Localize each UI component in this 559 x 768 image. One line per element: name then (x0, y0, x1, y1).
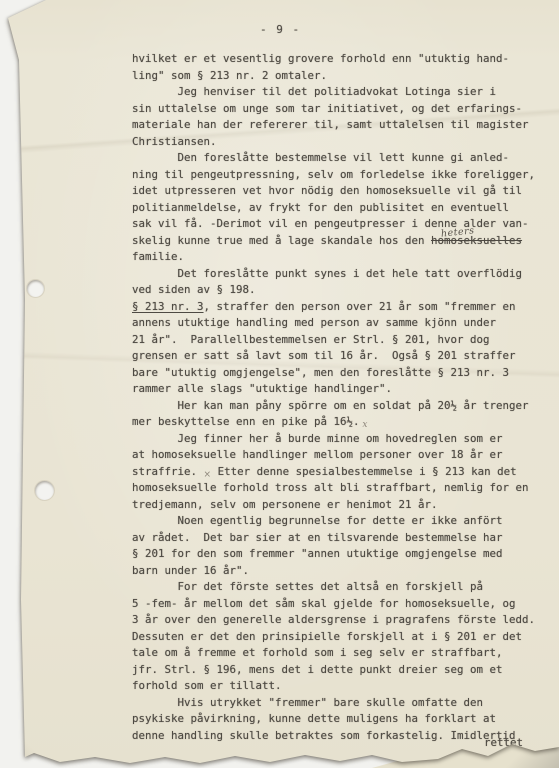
typed-line: Noen egentlig begrunnelse for dette er i… (132, 513, 548, 530)
typed-text: For det förste settes det altså en forsk… (132, 580, 483, 593)
typed-text: barn under 16 år". (132, 564, 249, 577)
paper-sheet: - 9 - hvilket er et vesentlig grovere fo… (0, 0, 559, 768)
struck-word: homoseksuellesheters (431, 234, 522, 247)
typed-line: 5 -fem- år mellom det såm skal gjelde fo… (132, 596, 548, 613)
typed-text: , straffer den person over 21 år som "fr… (204, 300, 516, 313)
typed-text: at homoseksuelle handlinger mellom perso… (132, 448, 503, 461)
typed-text: straffrie. (132, 465, 204, 478)
typed-line: § 213 nr. 3, straffer den person over 21… (132, 299, 548, 316)
typed-line: Christiansen. (132, 134, 548, 151)
typed-line: sin uttalelse om unge som tar initiative… (132, 101, 548, 118)
typed-line: sak vil få. -Derimot vil en pengeutpress… (132, 216, 548, 233)
typed-text: psykiske påvirkning, kunne dette muligen… (132, 712, 496, 725)
typed-text: tredjemann, selv om personene er henimot… (132, 498, 438, 511)
typed-text: § 201 for den som fremmer "annen utuktig… (132, 547, 503, 560)
typed-text: forhold som er tillatt. (132, 679, 282, 692)
typed-line: straffrie. × Etter denne spesialbestemme… (132, 464, 548, 481)
typed-line: Her kan man påny spörre om en soldat på … (132, 398, 548, 415)
typed-text: bare "utuktig omgjengelse", men den fore… (132, 366, 509, 379)
typed-line: jfr. Strl. § 196, mens det i dette punkt… (132, 662, 548, 679)
typed-text: av rådet. Det bar sier at en tilsvarende… (132, 531, 503, 544)
typed-line: homoseksuelle forhold tross alt bli stra… (132, 480, 548, 497)
typed-text: materiale han der refererer til, samt ut… (132, 118, 529, 131)
typed-text: Etter denne spesialbestemmelse i § 213 k… (211, 465, 517, 478)
underlined-statute-ref: § 213 nr. 3 (132, 300, 204, 313)
typed-line: ling" som § 213 nr. 2 omtaler. (132, 68, 548, 85)
typed-line: hvilket er et vesentlig grovere forhold … (132, 51, 548, 68)
typed-line: ning til pengeutpressning, selv om forle… (132, 167, 548, 184)
typed-text: mer beskyttelse enn en pike på 16½. (132, 415, 360, 428)
typed-line: For det förste settes det altså en forsk… (132, 579, 548, 596)
typed-text: tale om å fremme et forhold som i seg se… (132, 646, 503, 659)
typed-line: annens utuktige handling med person av s… (132, 315, 548, 332)
typed-text: grensen er satt så lavt som til 16 år. O… (132, 349, 516, 362)
typed-text: Noen egentlig begrunnelse for dette er i… (132, 514, 503, 527)
typed-line: Hvis utrykket "fremmer" bare skulle omfa… (132, 695, 548, 712)
typed-text: skelig kunne true med å lage skandale ho… (132, 234, 431, 247)
typed-text: homoseksuelle forhold tross alt bli stra… (132, 481, 529, 494)
typed-line: bare "utuktig omgjengelse", men den fore… (132, 365, 548, 382)
typed-text: Jeg finner her å burde minne om hovedreg… (132, 432, 503, 445)
typed-line: mer beskyttelse enn en pike på 16½. x (132, 414, 548, 431)
typed-line: tale om å fremme et forhold som i seg se… (132, 645, 548, 662)
typed-line: 3 år over den generelle aldersgrense i p… (132, 612, 548, 629)
typed-line: Jeg henviser til det politiadvokat Lotin… (132, 84, 548, 101)
typed-line: psykiske påvirkning, kunne dette muligen… (132, 711, 548, 728)
typed-text: 3 år over den generelle aldersgrense i p… (132, 613, 535, 626)
page-number: - 9 - (260, 23, 301, 36)
typed-text: annens utuktige handling med person av s… (132, 316, 496, 329)
typed-text: ved siden av § 198. (132, 283, 256, 296)
typed-text: 21 år". Parallellbestemmelsen er Strl. §… (132, 333, 490, 346)
paper-wrapper: - 9 - hvilket er et vesentlig grovere fo… (0, 0, 559, 768)
typed-text: Her kan man påny spörre om en soldat på … (132, 399, 529, 412)
pencil-mark: x (360, 420, 368, 430)
typed-text: Jeg henviser til det politiadvokat Lotin… (132, 85, 496, 98)
typed-text: Det foreslåtte punkt synes i det hele ta… (132, 267, 522, 280)
pencil-mark: × (204, 470, 212, 480)
typed-text: idet utpresseren vet hvor nödig den homo… (132, 184, 522, 197)
typed-text: rammer alle slags "utuktige handlinger". (132, 382, 392, 395)
handwritten-correction: heters (440, 223, 475, 243)
typed-line: barn under 16 år". (132, 563, 548, 580)
typed-line: tredjemann, selv om personene er henimot… (132, 497, 548, 514)
typed-line: rammer alle slags "utuktige handlinger". (132, 381, 548, 398)
typed-line: at homoseksuelle handlinger mellom perso… (132, 447, 548, 464)
typed-line: av rådet. Det bar sier at en tilsvarende… (132, 530, 548, 547)
typed-text: Christiansen. (132, 135, 217, 148)
typed-line: idet utpresseren vet hvor nödig den homo… (132, 183, 548, 200)
typed-lines: hvilket er et vesentlig grovere forhold … (132, 51, 548, 744)
typed-text: Dessuten er det den prinsipielle forskje… (132, 630, 522, 643)
typed-line: politianmeldelse, av frykt for den publi… (132, 200, 548, 217)
typed-line: grensen er satt så lavt som til 16 år. O… (132, 348, 548, 365)
typed-line: skelig kunne true med å lage skandale ho… (132, 233, 548, 250)
typed-text: familie. (132, 250, 184, 263)
typed-text: ning til pengeutpressning, selv om forle… (132, 168, 535, 181)
typed-text: ling" som § 213 nr. 2 omtaler. (132, 69, 327, 82)
typed-line: 21 år". Parallellbestemmelsen er Strl. §… (132, 332, 548, 349)
typed-line: Det foreslåtte punkt synes i det hele ta… (132, 266, 548, 283)
punch-hole-top (27, 280, 44, 297)
typed-line: Dessuten er det den prinsipielle forskje… (132, 629, 548, 646)
typed-line: ved siden av § 198. (132, 282, 548, 299)
typed-text: politianmeldelse, av frykt for den publi… (132, 201, 509, 214)
typed-text: hvilket er et vesentlig grovere forhold … (132, 52, 509, 65)
typed-line: familie. (132, 249, 548, 266)
typed-line: Den foreslåtte bestemmelse vil lett kunn… (132, 150, 548, 167)
typed-text: Hvis utrykket "fremmer" bare skulle omfa… (132, 696, 483, 709)
punch-hole-bottom (35, 481, 54, 500)
typed-text: Den foreslåtte bestemmelse vil lett kunn… (132, 151, 509, 164)
typed-line: Jeg finner her å burde minne om hovedreg… (132, 431, 548, 448)
typed-text: 5 -fem- år mellom det såm skal gjelde fo… (132, 597, 516, 610)
typed-line: § 201 for den som fremmer "annen utuktig… (132, 546, 548, 563)
catchword: rettet (484, 736, 523, 749)
typed-text: jfr. Strl. § 196, mens det i dette punkt… (132, 663, 503, 676)
typed-line: forhold som er tillatt. (132, 678, 548, 695)
typed-text: sin uttalelse om unge som tar initiative… (132, 102, 522, 115)
scanned-document-page: - 9 - hvilket er et vesentlig grovere fo… (0, 0, 559, 768)
typed-line: materiale han der refererer til, samt ut… (132, 117, 548, 134)
typed-text: denne handling skulle betraktes som fork… (132, 729, 516, 742)
